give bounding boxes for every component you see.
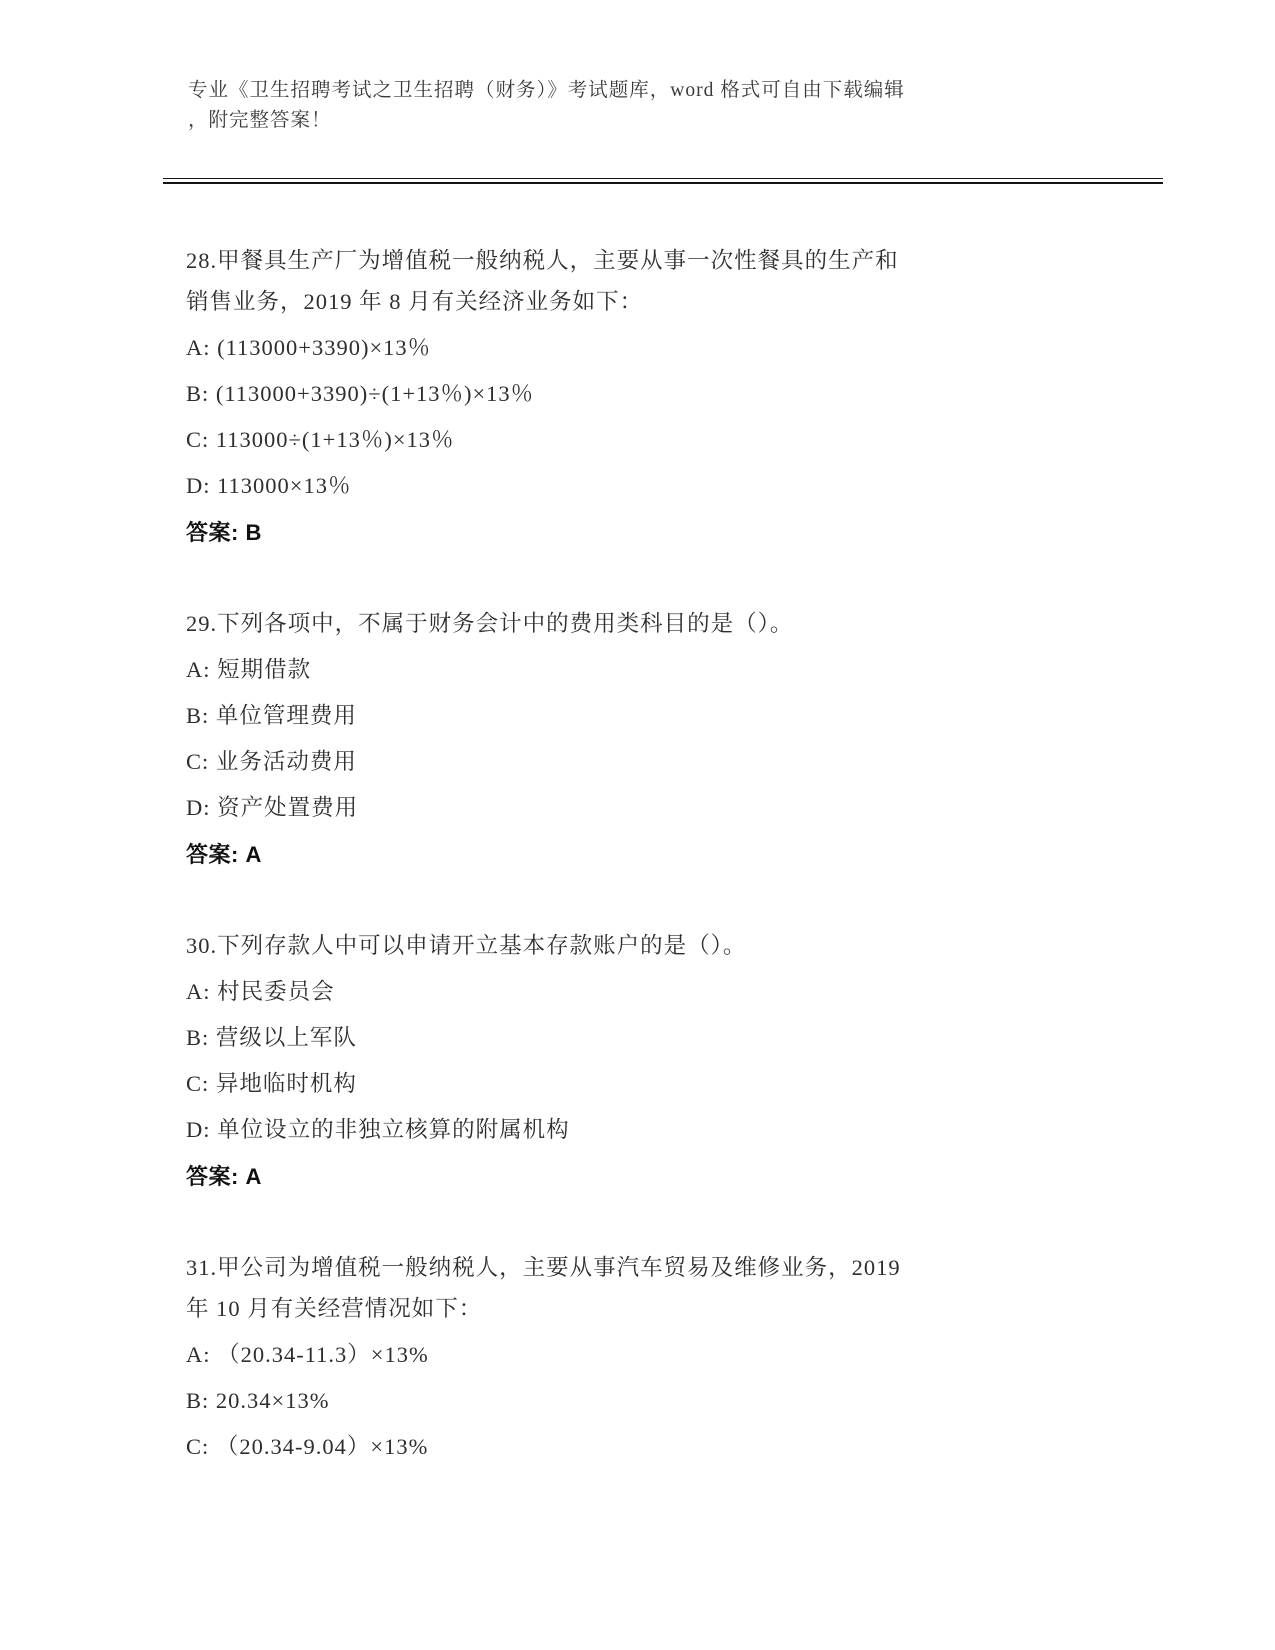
option-line-c: C: 业务活动费用 <box>186 741 1101 782</box>
option-line-a: A: (113000+3390)×13％ <box>186 327 1101 368</box>
option-line-d: D: 单位设立的非独立核算的附属机构 <box>186 1109 1101 1150</box>
document-page: 专业《卫生招聘考试之卫生招聘（财务）》考试题库，word 格式可自由下载编辑 ，… <box>0 0 1275 1650</box>
option-line-c: C: 异地临时机构 <box>186 1063 1101 1104</box>
option-line-a: A: 村民委员会 <box>186 971 1101 1012</box>
option-line-d: D: 资产处置费用 <box>186 787 1101 828</box>
question-stem-line: 30.下列存款人中可以申请开立基本存款账户的是（）。 <box>186 925 1101 966</box>
question-block-31: 31.甲公司为增值税一般纳税人，主要从事汽车贸易及维修业务，2019 年 10 … <box>186 1247 1101 1467</box>
question-block-29: 29.下列各项中，不属于财务会计中的费用类科目的是（）。 A: 短期借款 B: … <box>186 603 1101 875</box>
option-line-b: B: 20.34×13% <box>186 1380 1101 1421</box>
question-stem-line: 销售业务，2019 年 8 月有关经济业务如下： <box>186 281 1101 322</box>
option-line-d: D: 113000×13％ <box>186 465 1101 506</box>
option-line-b: B: (113000+3390)÷(1+13％)×13％ <box>186 373 1101 414</box>
option-line-b: B: 营级以上军队 <box>186 1017 1101 1058</box>
question-stem-line: 28.甲餐具生产厂为增值税一般纳税人，主要从事一次性餐具的生产和 <box>186 240 1101 281</box>
question-block-28: 28.甲餐具生产厂为增值税一般纳税人，主要从事一次性餐具的生产和 销售业务，20… <box>186 240 1101 553</box>
answer-line: 答案: A <box>186 1156 1101 1197</box>
header-line-1: 专业《卫生招聘考试之卫生招聘（财务）》考试题库，word 格式可自由下载编辑 <box>188 76 1058 106</box>
option-line-b: B: 单位管理费用 <box>186 695 1101 736</box>
option-line-c: C: 113000÷(1+13％)×13％ <box>186 419 1101 460</box>
header-line-2: ，附完整答案！ <box>188 106 1058 136</box>
option-line-a: A: （20.34-11.3）×13% <box>186 1334 1101 1375</box>
question-stem-line: 年 10 月有关经营情况如下： <box>186 1288 1101 1329</box>
question-stem-line: 31.甲公司为增值税一般纳税人，主要从事汽车贸易及维修业务，2019 <box>186 1247 1101 1288</box>
option-line-c: C: （20.34-9.04）×13% <box>186 1426 1101 1467</box>
question-block-30: 30.下列存款人中可以申请开立基本存款账户的是（）。 A: 村民委员会 B: 营… <box>186 925 1101 1197</box>
question-stem-line: 29.下列各项中，不属于财务会计中的费用类科目的是（）。 <box>186 603 1101 644</box>
header-divider <box>163 178 1163 184</box>
page-header: 专业《卫生招聘考试之卫生招聘（财务）》考试题库，word 格式可自由下载编辑 ，… <box>188 76 1058 136</box>
answer-line: 答案: B <box>186 512 1101 553</box>
answer-line: 答案: A <box>186 834 1101 875</box>
questions-list: 28.甲餐具生产厂为增值税一般纳税人，主要从事一次性餐具的生产和 销售业务，20… <box>186 240 1101 1517</box>
option-line-a: A: 短期借款 <box>186 649 1101 690</box>
